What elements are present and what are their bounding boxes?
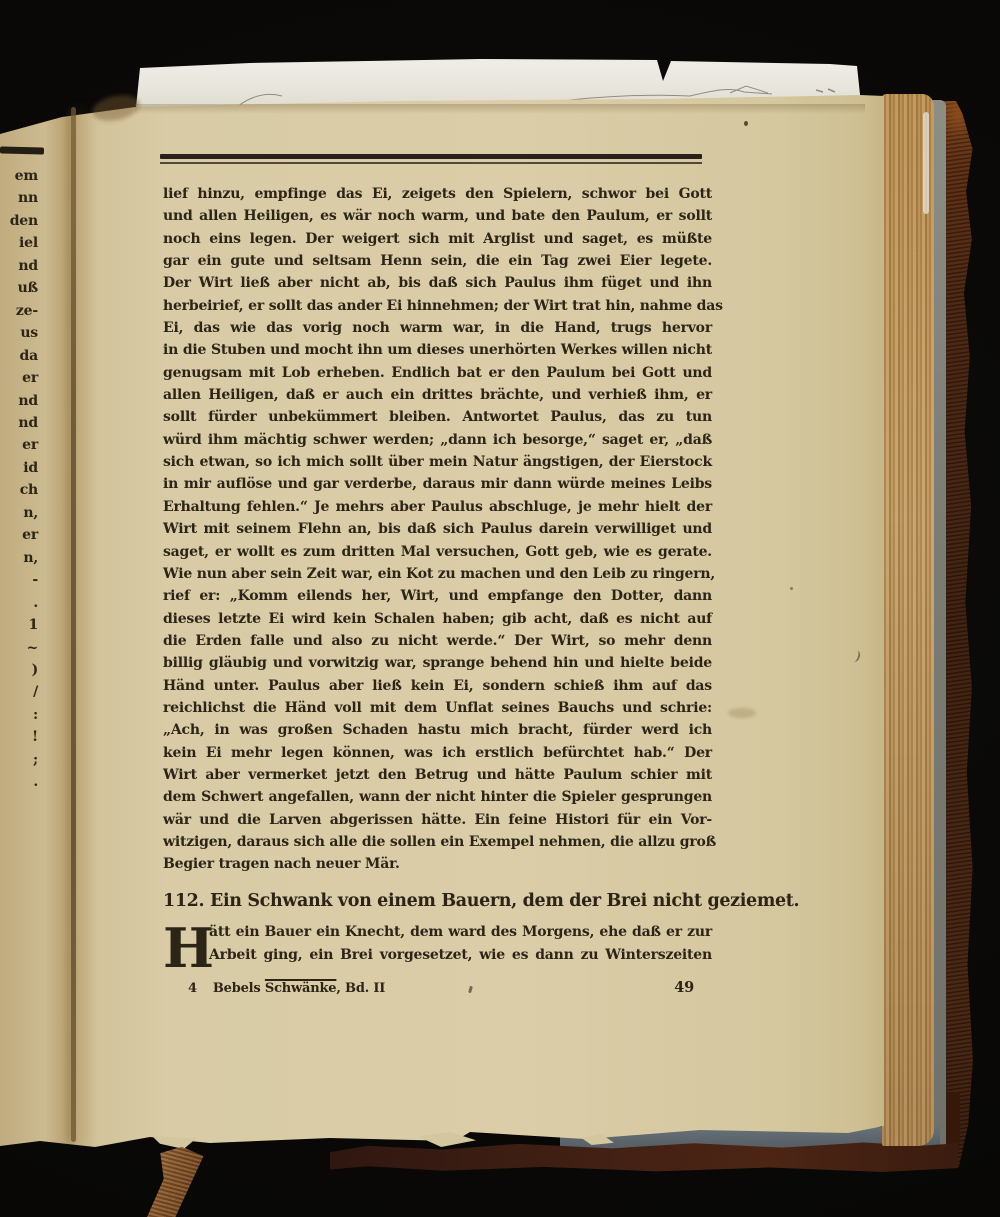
text-line: dem Schwert angefallen, wann der nicht h…: [163, 786, 712, 808]
text-line: billig gläubig und vorwitzig war, sprang…: [163, 652, 712, 674]
fragment-line: n,: [0, 547, 38, 569]
text-line: allen Heiligen, daß er auch ein drittes …: [163, 384, 712, 406]
book-photo: emnndenielndußze-usdaerndnderidchn,ern,-…: [0, 0, 1000, 1217]
text-line: wär und die Larven abgerissen hätte. Ein…: [163, 809, 712, 831]
fragment-line: :: [0, 704, 38, 726]
footer: 4 Bebels Schwänke, Bd. II 49: [188, 979, 712, 996]
text-line: Ei, das wie das vorig noch warm war, in …: [163, 317, 712, 339]
fragment-line: den: [0, 210, 38, 232]
fragment-line: iel: [0, 232, 38, 254]
fragment-line: .: [0, 592, 38, 614]
text-line: Arbeit ging, ein Brei vorgesetzet, wie e…: [209, 944, 712, 967]
text-line: sich etwan, so ich mich sollt über mein …: [163, 451, 712, 473]
fragment-line: 1: [0, 614, 38, 636]
fragment-line: ): [0, 659, 38, 681]
fragment-line: ch: [0, 479, 38, 501]
fragment-line: !: [0, 726, 38, 748]
fragment-line: da: [0, 345, 38, 367]
page-smudge: [728, 708, 756, 718]
header-rule: [160, 154, 702, 164]
text-line: lief hinzu, empfinge das Ei, zeigets den…: [163, 183, 712, 205]
header-rule-thin: [160, 162, 702, 164]
fragment-line: er: [0, 434, 38, 456]
text-line: herbeirief, er sollt das ander Ei hinneh…: [163, 295, 712, 317]
fragment-line: ~: [0, 637, 38, 659]
fragment-line: nd: [0, 412, 38, 434]
left-page-fragments: emnndenielndußze-usdaerndnderidchn,ern,-…: [0, 165, 38, 794]
fragment-line: er: [0, 367, 38, 389]
text-line: Erhaltung fehlen.“ Je mehrs aber Paulus …: [163, 496, 712, 518]
inserted-paper-edge: [923, 112, 929, 214]
text-line: sollt fürder unbekümmert bleiben. Antwor…: [163, 406, 712, 428]
fragment-line: em: [0, 165, 38, 187]
fragment-line: nn: [0, 187, 38, 209]
text-line: dieses letzte Ei wird kein Schalen haben…: [163, 608, 712, 630]
footer-signature-number: 4: [188, 981, 197, 996]
fragment-line: nd: [0, 390, 38, 412]
fragment-line: n,: [0, 502, 38, 524]
text-line: in mir auflöse und gar verderbe, daraus …: [163, 473, 712, 495]
text-line: Händ unter. Paulus aber ließ kein Ei, so…: [163, 675, 712, 697]
fragment-line: .: [0, 771, 38, 793]
fragment-line: -: [0, 569, 38, 591]
fragment-line: er: [0, 524, 38, 546]
page-speck: [790, 587, 793, 590]
text-line: saget, er wollt es zum dritten Mal versu…: [163, 541, 712, 563]
text-line: gar ein gute und seltsam Henn sein, die …: [163, 250, 712, 272]
fragment-line: /: [0, 681, 38, 703]
fragment-line: id: [0, 457, 38, 479]
drop-cap: H: [163, 919, 209, 977]
footer-page-number: 49: [674, 979, 712, 996]
text-line: in die Stuben und mocht ihn um dieses un…: [163, 339, 712, 361]
text-line: würd ihm mächtig schwer werden; „dann ic…: [163, 429, 712, 451]
text-line: die Erden falle und also zu nicht werde.…: [163, 630, 712, 652]
left-page-rule-end: [0, 146, 44, 154]
text-line: genugsam mit Lob erheben. Endlich bat er…: [163, 362, 712, 384]
header-rule-thick: [160, 154, 702, 159]
footer-title: Bebels Schwänke, Bd. II: [213, 981, 385, 996]
text-line: „Ach, in was großen Schaden hastu mich b…: [163, 719, 712, 741]
section-lines: ätt ein Bauer ein Knecht, dem ward des M…: [209, 921, 712, 977]
fragment-line: nd: [0, 255, 38, 277]
page-block-fore-edge: [882, 94, 934, 1146]
text-line: noch eins legen. Der weigert sich mit Ar…: [163, 228, 712, 250]
section-heading: 112. Ein Schwank von einem Bauern, dem d…: [163, 891, 712, 911]
fragment-line: uß: [0, 277, 38, 299]
ribbon-bookmark: [142, 1143, 205, 1217]
text-line: Wie nun aber sein Zeit war, ein Kot zu m…: [163, 563, 712, 585]
page-speck: [744, 121, 748, 126]
text-line: kein Ei mehr legen können, was ich erstl…: [163, 742, 712, 764]
text-line: witzigen, daraus sich alle die sollen ei…: [163, 831, 712, 853]
text-line: Begier tragen nach neuer Mär.: [163, 853, 712, 875]
footer-title-pre: Bebels: [213, 981, 265, 996]
text-line: rief er: „Komm eilends her, Wirt, und em…: [163, 585, 712, 607]
text-line: und allen Heiligen, es wär noch warm, un…: [163, 205, 712, 227]
text-line: ätt ein Bauer ein Knecht, dem ward des M…: [209, 921, 712, 944]
footer-title-marked: Schwänke: [265, 981, 337, 996]
text-line: Wirt mit seinem Flehn an, bis daß sich P…: [163, 518, 712, 540]
fragment-line: us: [0, 322, 38, 344]
gutter-crease: [71, 107, 76, 1142]
text-line: Der Wirt ließ aber nicht ab, bis daß sic…: [163, 272, 712, 294]
story-paragraph: lief hinzu, empfinge das Ei, zeigets den…: [163, 183, 712, 876]
fragment-line: ;: [0, 749, 38, 771]
section-paragraph: H ätt ein Bauer ein Knecht, dem ward des…: [163, 921, 712, 977]
page-top-shadow: [135, 104, 865, 114]
footer-title-post: , Bd. II: [336, 981, 385, 996]
fragment-line: ze-: [0, 300, 38, 322]
text-line: reichlichst die Händ voll mit dem Unflat…: [163, 697, 712, 719]
text-line: Wirt aber vermerket jetzt den Betrug und…: [163, 764, 712, 786]
